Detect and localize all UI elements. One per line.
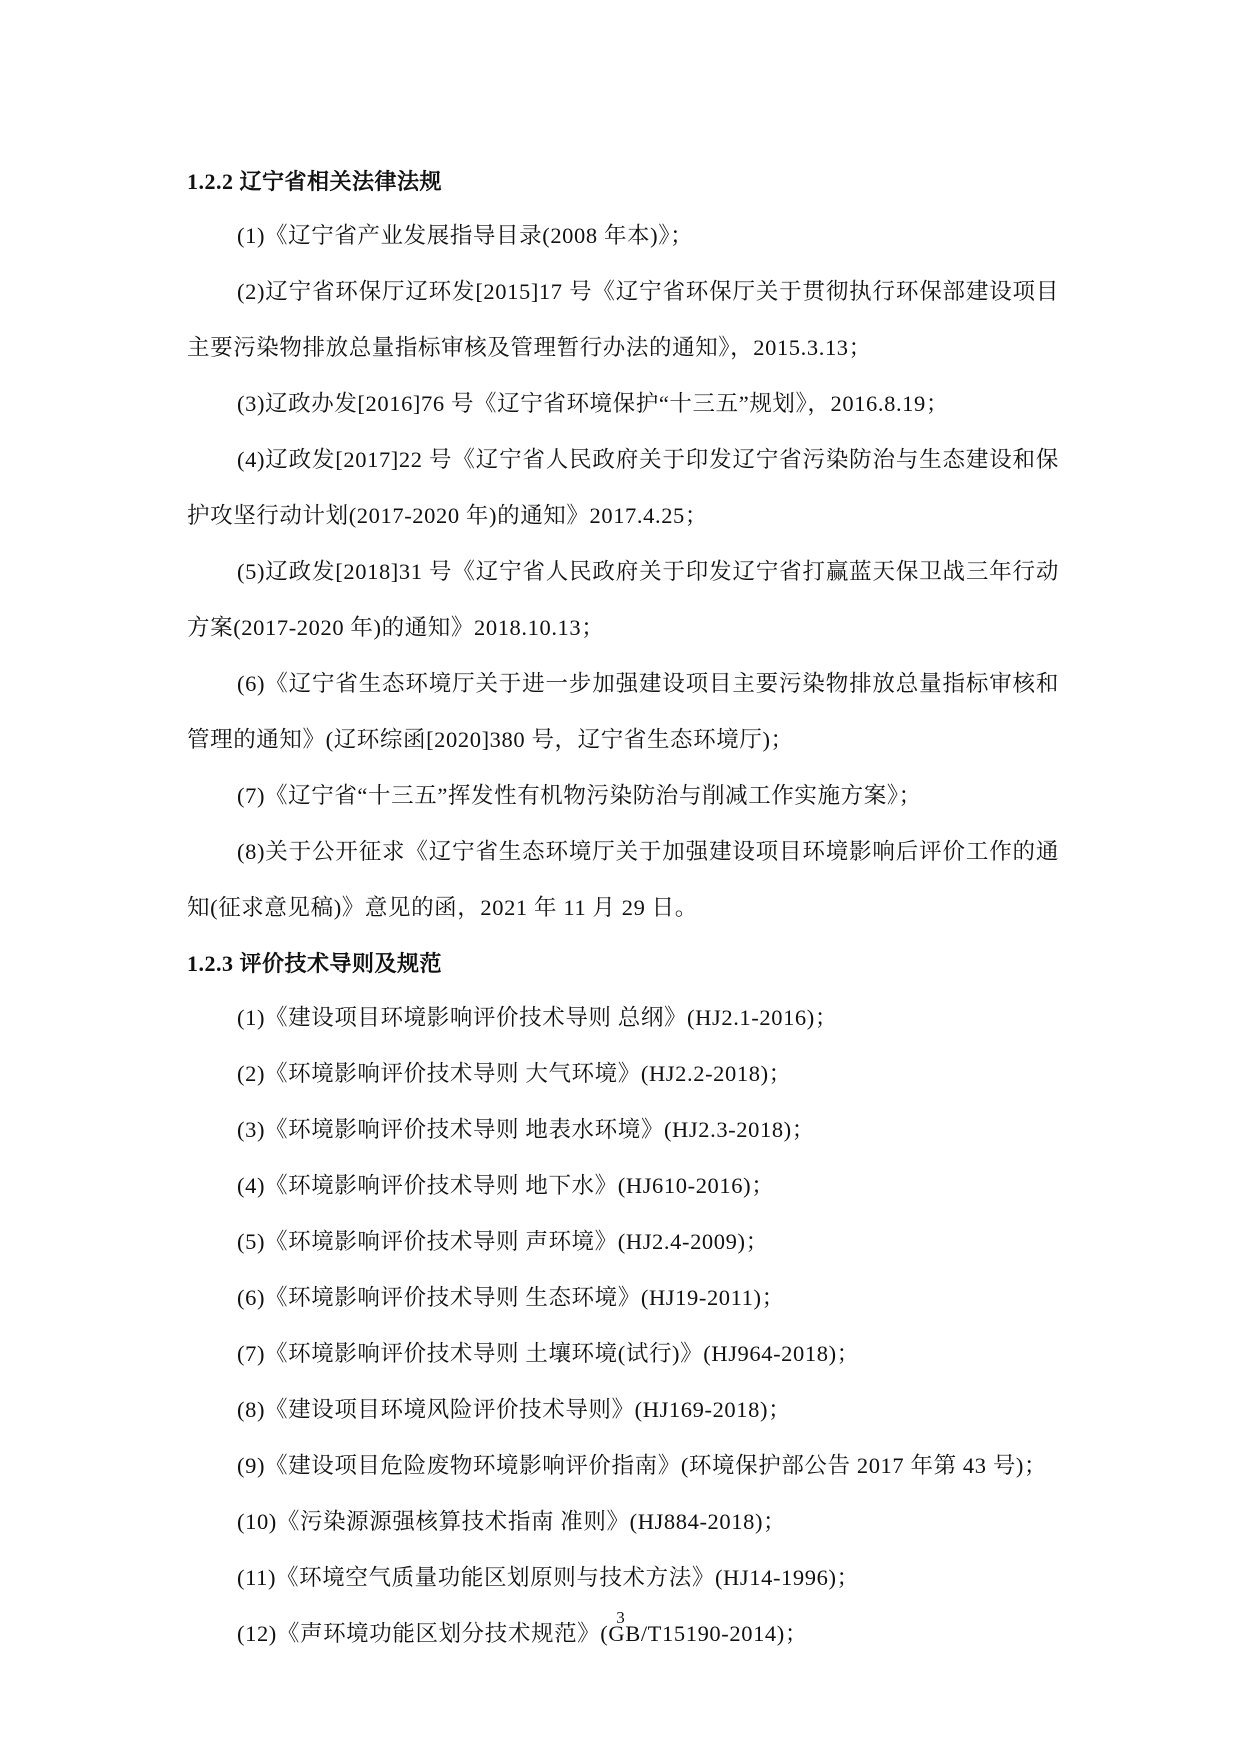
list-item: (11)《环境空气质量功能区划原则与技术方法》(HJ14-1996)； bbox=[187, 1550, 1059, 1606]
list-item: (7)《环境影响评价技术导则 土壤环境(试行)》(HJ964-2018)； bbox=[187, 1326, 1059, 1382]
list-item: (4)辽政发[2017]22 号《辽宁省人民政府关于印发辽宁省污染防治与生态建设… bbox=[187, 432, 1059, 544]
list-item: (6)《环境影响评价技术导则 生态环境》(HJ19-2011)； bbox=[187, 1270, 1059, 1326]
list-item: (5)辽政发[2018]31 号《辽宁省人民政府关于印发辽宁省打赢蓝天保卫战三年… bbox=[187, 544, 1059, 656]
list-item: (3)辽政办发[2016]76 号《辽宁省环境保护“十三五”规划》，2016.8… bbox=[187, 376, 1059, 432]
list-item: (2)《环境影响评价技术导则 大气环境》(HJ2.2-2018)； bbox=[187, 1046, 1059, 1102]
section-technical-guidelines: 1.2.3 评价技术导则及规范 (1)《建设项目环境影响评价技术导则 总纲》(H… bbox=[187, 942, 1059, 1662]
list-item: (10)《污染源源强核算技术指南 准则》(HJ884-2018)； bbox=[187, 1494, 1059, 1550]
list-item: (3)《环境影响评价技术导则 地表水环境》(HJ2.3-2018)； bbox=[187, 1102, 1059, 1158]
list-item: (4)《环境影响评价技术导则 地下水》(HJ610-2016)； bbox=[187, 1158, 1059, 1214]
guideline-list: (1)《建设项目环境影响评价技术导则 总纲》(HJ2.1-2016)； (2)《… bbox=[187, 990, 1059, 1662]
list-item: (6)《辽宁省生态环境厅关于进一步加强建设项目主要污染物排放总量指标审核和管理的… bbox=[187, 656, 1059, 768]
list-item: (2)辽宁省环保厅辽环发[2015]17 号《辽宁省环保厅关于贯彻执行环保部建设… bbox=[187, 264, 1059, 376]
list-item: (8)《建设项目环境风险评价技术导则》(HJ169-2018)； bbox=[187, 1382, 1059, 1438]
list-item: (1)《辽宁省产业发展指导目录(2008 年本)》； bbox=[187, 208, 1059, 264]
section-liaoning-regulations: 1.2.2 辽宁省相关法律法规 (1)《辽宁省产业发展指导目录(2008 年本)… bbox=[187, 160, 1059, 936]
list-item: (7)《辽宁省“十三五”挥发性有机物污染防治与削减工作实施方案》； bbox=[187, 768, 1059, 824]
page-number: 3 bbox=[0, 1606, 1241, 1630]
section-heading: 1.2.2 辽宁省相关法律法规 bbox=[187, 160, 1059, 204]
document-page: 1.2.2 辽宁省相关法律法规 (1)《辽宁省产业发展指导目录(2008 年本)… bbox=[187, 160, 1059, 1662]
section-heading: 1.2.3 评价技术导则及规范 bbox=[187, 942, 1059, 986]
list-item: (1)《建设项目环境影响评价技术导则 总纲》(HJ2.1-2016)； bbox=[187, 990, 1059, 1046]
list-item: (5)《环境影响评价技术导则 声环境》(HJ2.4-2009)； bbox=[187, 1214, 1059, 1270]
regulation-list: (1)《辽宁省产业发展指导目录(2008 年本)》； (2)辽宁省环保厅辽环发[… bbox=[187, 208, 1059, 936]
list-item: (8)关于公开征求《辽宁省生态环境厅关于加强建设项目环境影响后评价工作的通知(征… bbox=[187, 824, 1059, 936]
list-item: (9)《建设项目危险废物环境影响评价指南》(环境保护部公告 2017 年第 43… bbox=[187, 1438, 1059, 1494]
